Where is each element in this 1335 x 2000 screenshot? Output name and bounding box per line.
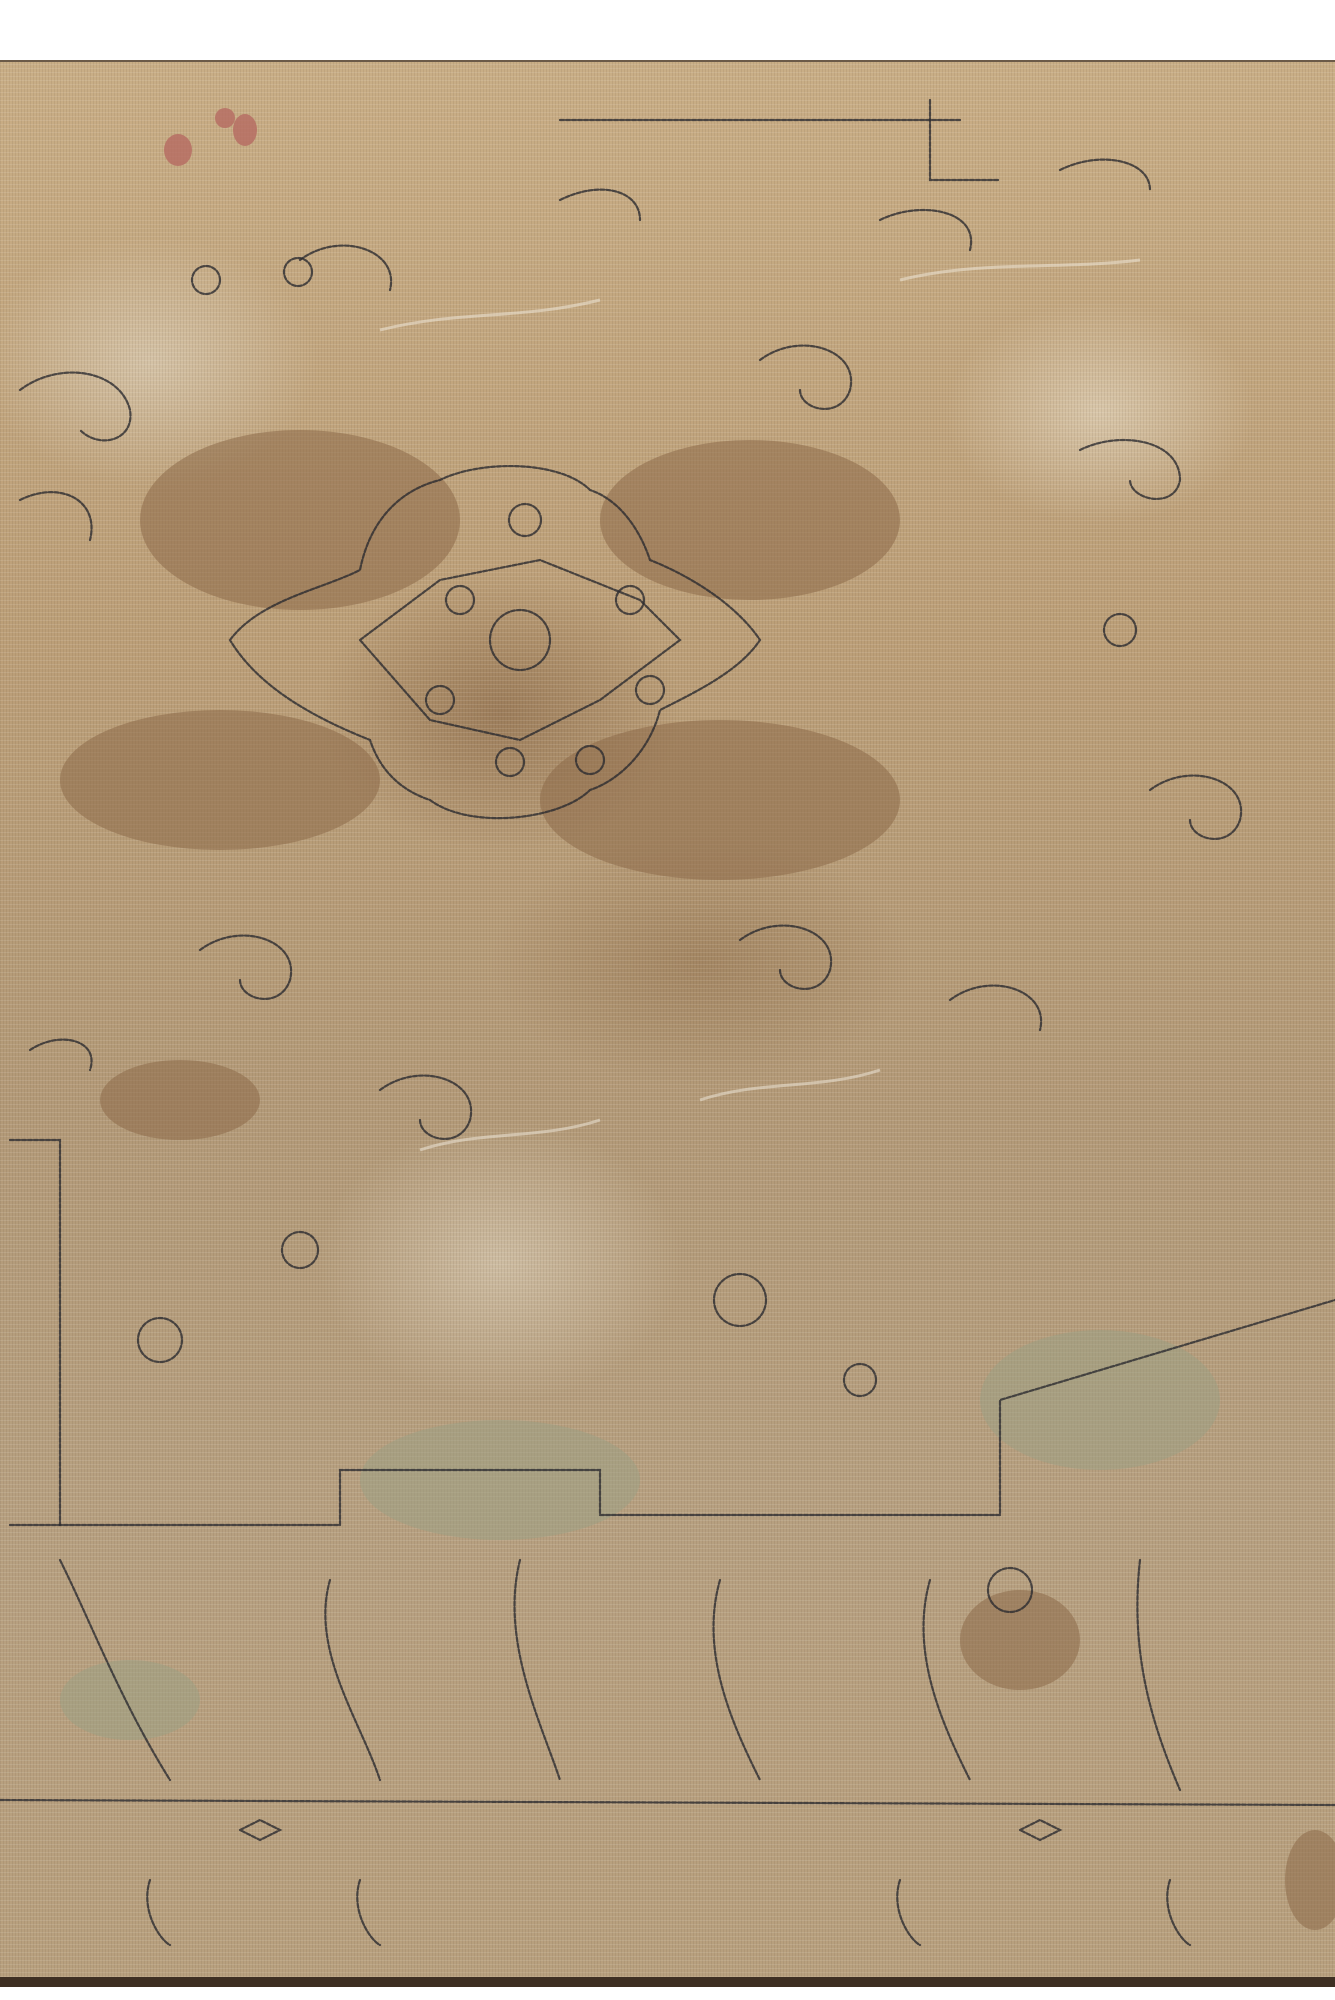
rose-accents xyxy=(164,108,257,166)
brown-patches xyxy=(60,430,1335,1930)
scroll-motifs xyxy=(20,160,1241,1139)
border-band xyxy=(0,1560,1335,1945)
rug-photo xyxy=(0,0,1335,2000)
worn-highlights xyxy=(380,260,1140,1150)
rug-pattern xyxy=(0,0,1335,2000)
